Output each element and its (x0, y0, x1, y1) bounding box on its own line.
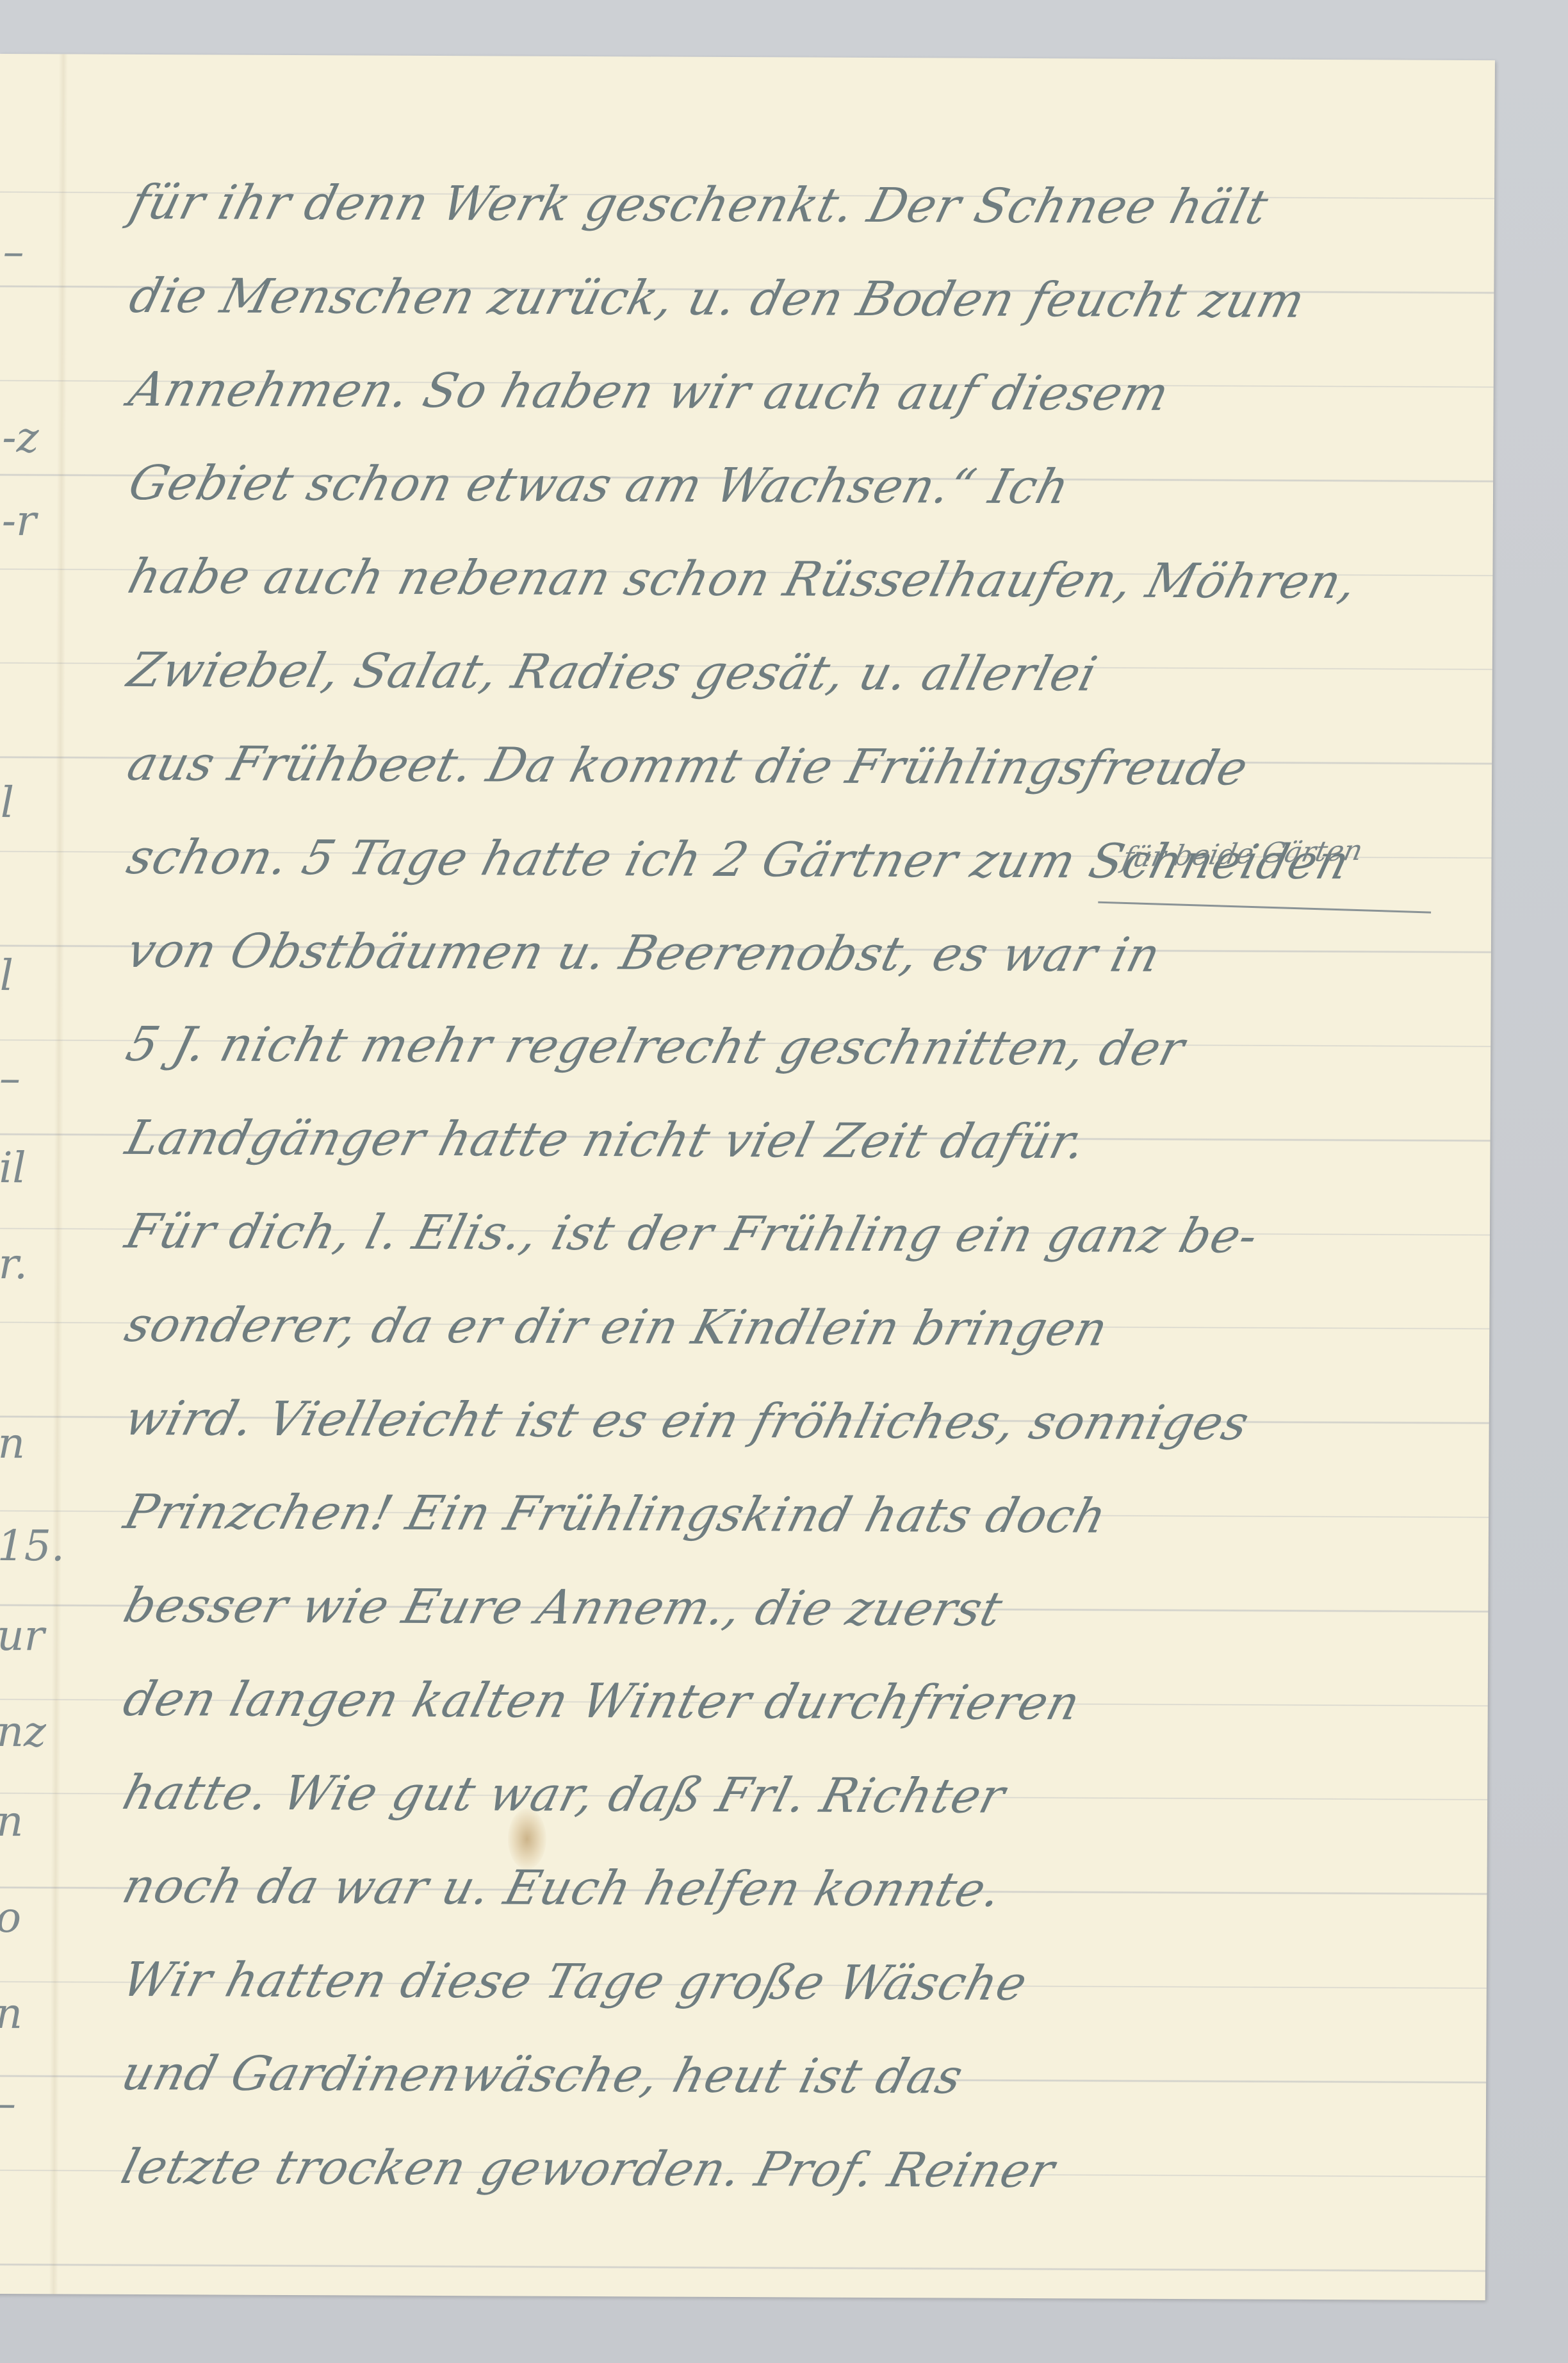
text-line-13: sonderer, da er dir ein Kindlein bringen (116, 1273, 1491, 1372)
text-line-9: von Obstbäumen u. Beerenobst, es war in (118, 899, 1493, 998)
margin-fragment: il (0, 1143, 26, 1192)
margin-fragment: o (0, 1893, 21, 1942)
letter-page: –-z-rll–ilr.n15.urnznon– für ihr denn We… (0, 54, 1495, 2300)
margin-fragment: n (0, 1419, 25, 1468)
text-line-15: Prinzchen! Ein Frühlingskind hats doch (115, 1460, 1490, 1560)
margin-fragment: ur (0, 1611, 44, 1660)
margin-fragment: 15. (0, 1521, 65, 1570)
text-line-5: habe auch nebenan schon Rüsselhaufen, Mö… (119, 525, 1494, 624)
text-line-4: Gebiet schon etwas am Wachsen.“ Ich (120, 431, 1495, 531)
margin-fragment: l (1, 778, 14, 827)
facing-page-margin: –-z-rll–ilr.n15.urnznon– (0, 54, 58, 2294)
text-line-10: 5 J. nicht mehr regelrecht geschnitten, … (117, 992, 1492, 1092)
text-line-2: die Menschen zurück, u. den Boden feucht… (120, 244, 1496, 343)
text-line-12: Für dich, l. Elis., ist der Frühling ein… (117, 1180, 1492, 1279)
text-line-11: Landgänger hatte nicht viel Zeit dafür. (117, 1086, 1492, 1185)
margin-fragment: nz (0, 1707, 46, 1756)
text-line-3: Annehmen. So haben wir auch auf diesem (120, 338, 1495, 437)
text-line-14: wird. Vielleicht ist es ein fröhliches, … (115, 1367, 1490, 1466)
text-line-19: noch da war u. Euch helfen konnte. (113, 1834, 1489, 1934)
text-line-17: den langen kalten Winter durchfrieren (115, 1647, 1490, 1747)
margin-fragment: r. (0, 1239, 28, 1289)
text-line-20: Wir hatten diese Tage große Wäsche (113, 1928, 1489, 2027)
margin-fragment: n (0, 1797, 24, 1846)
margin-fragment: – (0, 2079, 16, 2128)
margin-fragment: l (0, 951, 13, 1000)
margin-fragment: -z (2, 413, 38, 462)
margin-fragment: n (0, 1989, 22, 2038)
text-line-18: hatte. Wie gut war, daß Frl. Richter (114, 1741, 1489, 1840)
text-line-16: besser wie Eure Annem., die zuerst (115, 1554, 1490, 1653)
text-line-21: und Gardinenwäsche, heut ist das (113, 2021, 1488, 2121)
margin-fragment: – (3, 227, 24, 276)
letter-body: für ihr denn Werk geschenkt. Der Schnee … (112, 151, 1473, 2214)
text-line-1: für ihr denn Werk geschenkt. Der Schnee … (121, 151, 1496, 250)
margin-fragment: – (0, 1053, 20, 1103)
text-line-7: aus Frühbeet. Da kommt die Frühlingsfreu… (118, 712, 1494, 811)
text-line-6: Zwiebel, Salat, Radies gesät, u. allerle… (119, 618, 1494, 718)
margin-fragment: -r (2, 496, 37, 545)
text-line-22: letzte trocken geworden. Prof. Reiner (112, 2115, 1487, 2214)
